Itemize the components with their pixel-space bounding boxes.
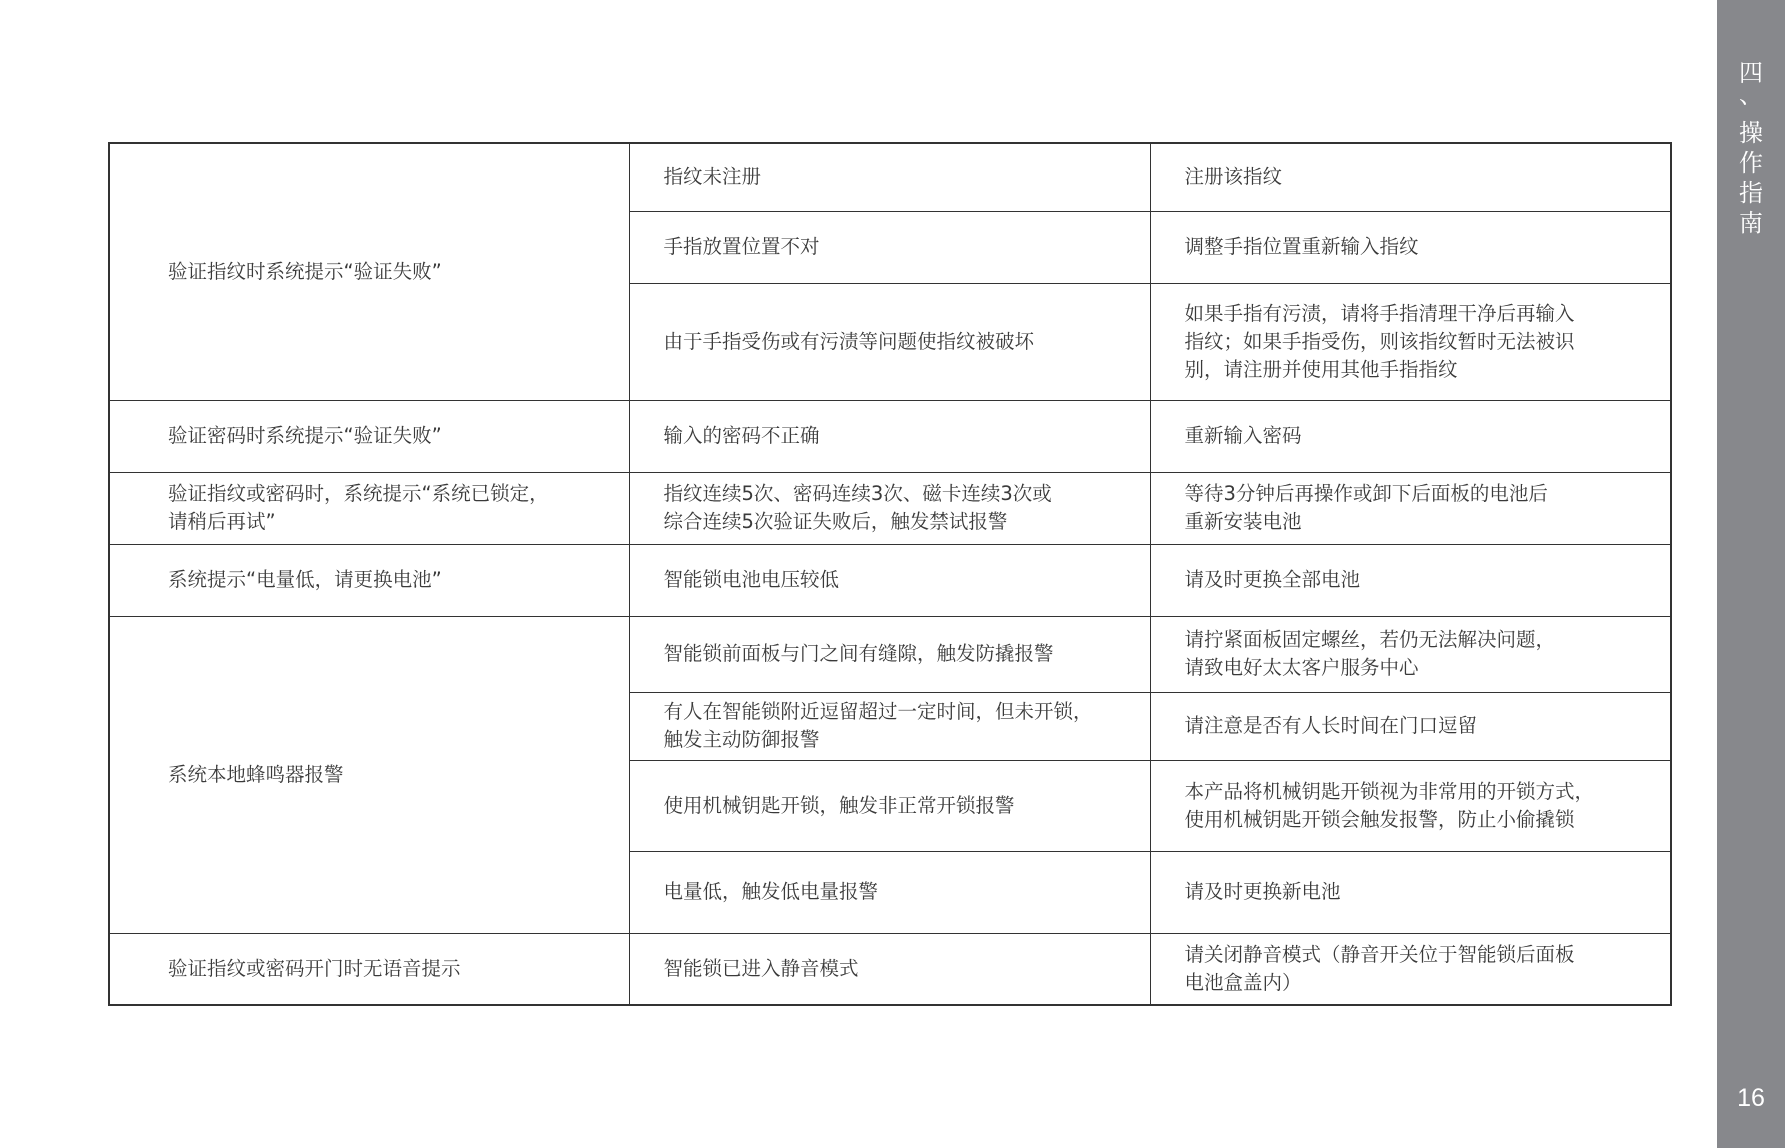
chapter-title-char: 南 (1739, 208, 1763, 238)
table-row: 系统本地蜂鸣器报警 智能锁前面板与门之间有缝隙，触发防撬报警 请拧紧面板固定螺丝… (109, 616, 1671, 692)
cause-cell: 智能锁电池电压较低 (629, 544, 1150, 616)
solution-cell: 如果手指有污渍，请将手指清理干净后再输入 指纹；如果手指受伤，则该指纹暂时无法被… (1150, 283, 1671, 400)
cause-text: 触发主动防御报警 (664, 726, 1132, 754)
page-number: 16 (1717, 1084, 1785, 1113)
cause-cell: 智能锁已进入静音模式 (629, 933, 1150, 1005)
problem-text: 系统提示“电量低，请更换电池” (168, 568, 442, 591)
problem-cell: 系统本地蜂鸣器报警 (109, 616, 629, 933)
problem-text: 请稍后再试” (168, 508, 611, 536)
solution-cell: 请注意是否有人长时间在门口逗留 (1150, 692, 1671, 760)
solution-text: 注册该指纹 (1185, 165, 1283, 188)
solution-text: 等待3分钟后再操作或卸下后面板的电池后 (1185, 480, 1653, 508)
solution-cell: 注册该指纹 (1150, 143, 1671, 211)
problem-cell: 系统提示“电量低，请更换电池” (109, 544, 629, 616)
cause-text: 由于手指受伤或有污渍等问题使指纹被破坏 (664, 330, 1035, 353)
cause-text: 综合连续5次验证失败后，触发禁试报警 (664, 508, 1132, 536)
cause-cell: 手指放置位置不对 (629, 211, 1150, 283)
chapter-title: 四 、 操 作 指 南 (1717, 58, 1785, 238)
problem-cell: 验证指纹时系统提示“验证失败” (109, 143, 629, 400)
cause-cell: 指纹连续5次、密码连续3次、磁卡连续3次或 综合连续5次验证失败后，触发禁试报警 (629, 472, 1150, 544)
table-row: 系统提示“电量低，请更换电池” 智能锁电池电压较低 请及时更换全部电池 (109, 544, 1671, 616)
chapter-side-tab: 四 、 操 作 指 南 16 (1717, 0, 1785, 1148)
problem-cell: 验证指纹或密码时，系统提示“系统已锁定， 请稍后再试” (109, 472, 629, 544)
cause-cell: 指纹未注册 (629, 143, 1150, 211)
solution-text: 请及时更换全部电池 (1185, 568, 1361, 591)
cause-text: 智能锁前面板与门之间有缝隙，触发防撬报警 (664, 642, 1054, 665)
solution-cell: 请及时更换全部电池 (1150, 544, 1671, 616)
solution-cell: 等待3分钟后再操作或卸下后面板的电池后 重新安装电池 (1150, 472, 1671, 544)
solution-text: 请拧紧面板固定螺丝，若仍无法解决问题， (1185, 626, 1653, 654)
cause-text: 手指放置位置不对 (664, 235, 820, 258)
solution-cell: 请拧紧面板固定螺丝，若仍无法解决问题， 请致电好太太客户服务中心 (1150, 616, 1671, 692)
cause-cell: 使用机械钥匙开锁，触发非正常开锁报警 (629, 760, 1150, 851)
solution-text: 如果手指有污渍，请将手指清理干净后再输入 (1185, 300, 1653, 328)
solution-text: 本产品将机械钥匙开锁视为非常用的开锁方式， (1185, 778, 1653, 806)
table-row: 验证指纹或密码开门时无语音提示 智能锁已进入静音模式 请关闭静音模式（静音开关位… (109, 933, 1671, 1005)
solution-cell: 请关闭静音模式（静音开关位于智能锁后面板 电池盒盖内） (1150, 933, 1671, 1005)
problem-text: 验证指纹时系统提示“验证失败” (168, 260, 442, 283)
troubleshooting-table: 验证指纹时系统提示“验证失败” 指纹未注册 注册该指纹 手指放置位置不对 调整手… (108, 142, 1672, 1006)
cause-text: 指纹连续5次、密码连续3次、磁卡连续3次或 (664, 480, 1132, 508)
problem-text: 验证密码时系统提示“验证失败” (168, 424, 442, 447)
solution-text: 别，请注册并使用其他手指指纹 (1185, 356, 1653, 384)
cause-cell: 由于手指受伤或有污渍等问题使指纹被破坏 (629, 283, 1150, 400)
solution-cell: 重新输入密码 (1150, 400, 1671, 472)
solution-text: 电池盒盖内） (1185, 969, 1653, 997)
solution-text: 使用机械钥匙开锁会触发报警，防止小偷撬锁 (1185, 806, 1653, 834)
solution-text: 请及时更换新电池 (1185, 880, 1341, 903)
solution-text: 重新安装电池 (1185, 508, 1653, 536)
solution-text: 调整手指位置重新输入指纹 (1185, 235, 1419, 258)
cause-text: 输入的密码不正确 (664, 424, 820, 447)
solution-text: 指纹；如果手指受伤，则该指纹暂时无法被识 (1185, 328, 1653, 356)
problem-text: 系统本地蜂鸣器报警 (168, 763, 344, 786)
solution-cell: 请及时更换新电池 (1150, 851, 1671, 933)
solution-cell: 调整手指位置重新输入指纹 (1150, 211, 1671, 283)
problem-text: 验证指纹或密码开门时无语音提示 (168, 957, 461, 980)
chapter-title-char: 操 (1739, 118, 1763, 148)
chapter-title-char: 作 (1739, 148, 1763, 178)
solution-cell: 本产品将机械钥匙开锁视为非常用的开锁方式， 使用机械钥匙开锁会触发报警，防止小偷… (1150, 760, 1671, 851)
chapter-title-char: 指 (1739, 178, 1763, 208)
solution-text: 请注意是否有人长时间在门口逗留 (1185, 714, 1478, 737)
cause-cell: 有人在智能锁附近逗留超过一定时间，但未开锁， 触发主动防御报警 (629, 692, 1150, 760)
solution-text: 请致电好太太客户服务中心 (1185, 654, 1653, 682)
problem-cell: 验证指纹或密码开门时无语音提示 (109, 933, 629, 1005)
cause-text: 电量低，触发低电量报警 (664, 880, 879, 903)
cause-cell: 智能锁前面板与门之间有缝隙，触发防撬报警 (629, 616, 1150, 692)
cause-cell: 输入的密码不正确 (629, 400, 1150, 472)
cause-text: 智能锁已进入静音模式 (664, 957, 859, 980)
table-row: 验证指纹时系统提示“验证失败” 指纹未注册 注册该指纹 (109, 143, 1671, 211)
cause-cell: 电量低，触发低电量报警 (629, 851, 1150, 933)
problem-cell: 验证密码时系统提示“验证失败” (109, 400, 629, 472)
solution-text: 重新输入密码 (1185, 424, 1302, 447)
cause-text: 使用机械钥匙开锁，触发非正常开锁报警 (664, 794, 1015, 817)
cause-text: 指纹未注册 (664, 165, 762, 188)
table-row: 验证指纹或密码时，系统提示“系统已锁定， 请稍后再试” 指纹连续5次、密码连续3… (109, 472, 1671, 544)
cause-text: 有人在智能锁附近逗留超过一定时间，但未开锁， (664, 698, 1132, 726)
chapter-title-char: 、 (1739, 88, 1763, 118)
cause-text: 智能锁电池电压较低 (664, 568, 840, 591)
table-row: 验证密码时系统提示“验证失败” 输入的密码不正确 重新输入密码 (109, 400, 1671, 472)
solution-text: 请关闭静音模式（静音开关位于智能锁后面板 (1185, 941, 1653, 969)
problem-text: 验证指纹或密码时，系统提示“系统已锁定， (168, 480, 611, 508)
